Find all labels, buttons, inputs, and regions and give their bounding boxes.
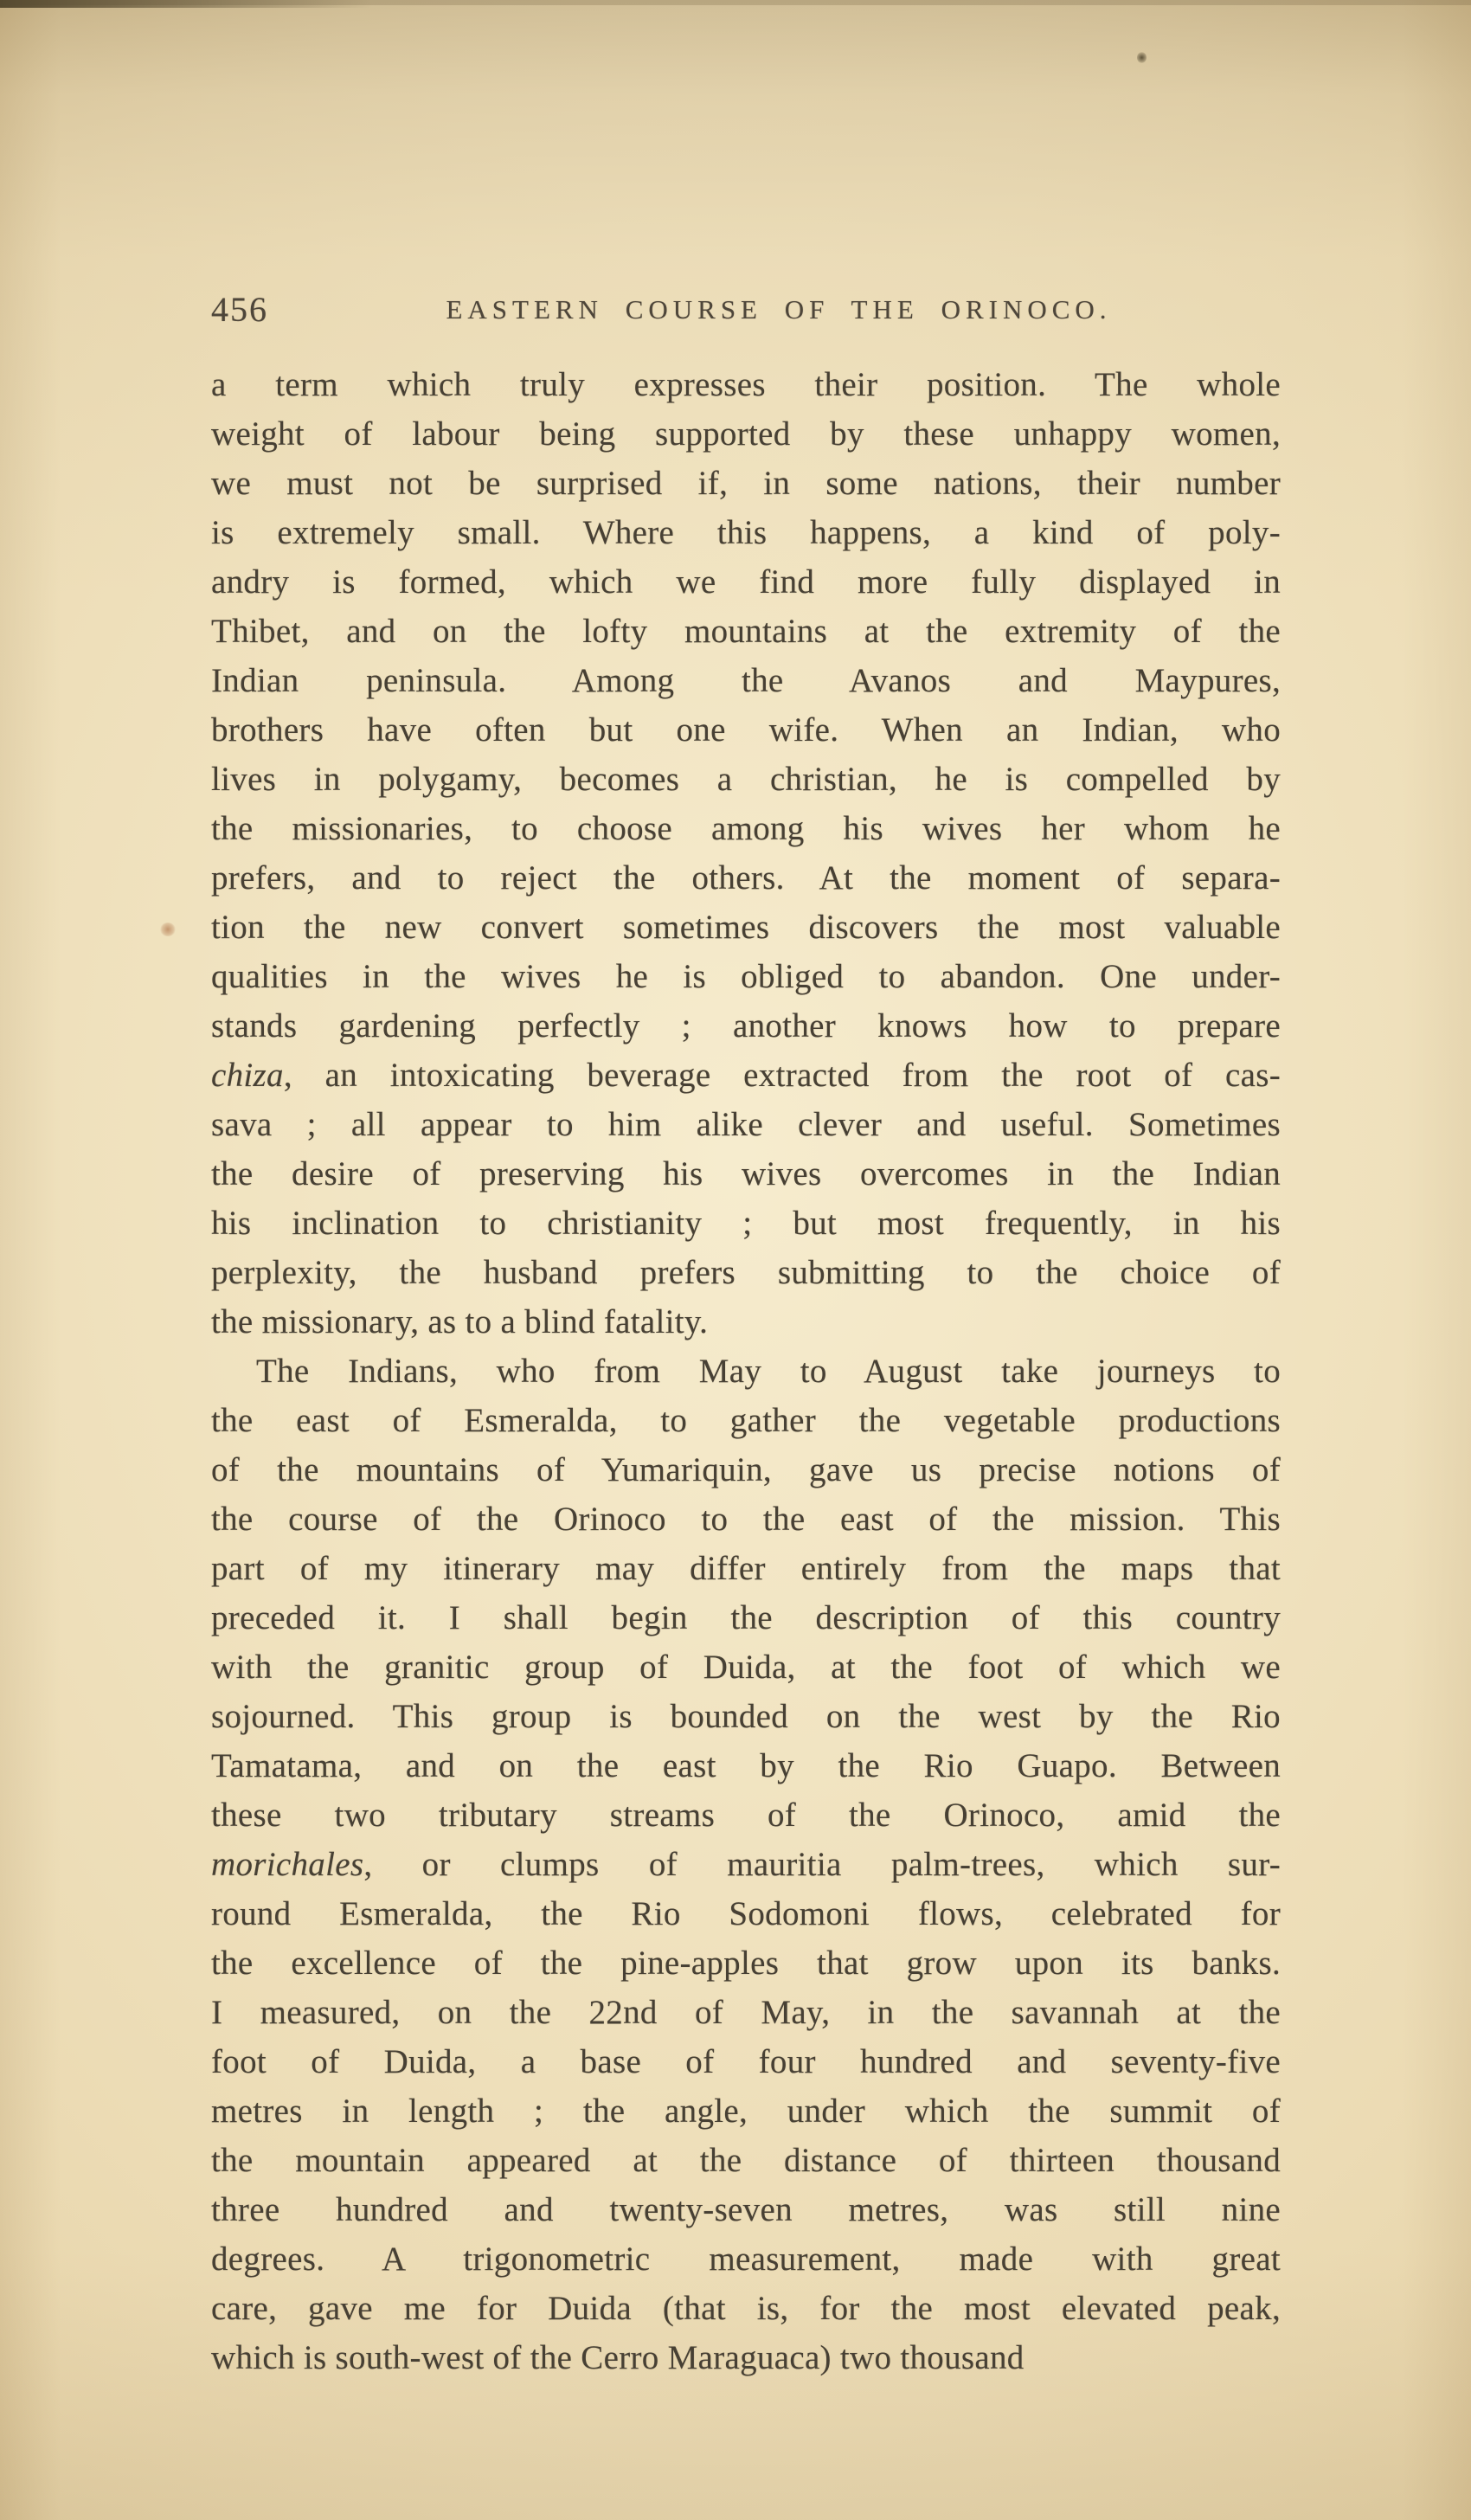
text-segment: weight of labour being supported by thes… bbox=[211, 415, 1281, 453]
text-segment: degrees. A trigonometric measurement, ma… bbox=[211, 2240, 1281, 2278]
text-line: The Indians, who from May to August take… bbox=[211, 1347, 1281, 1396]
text-line: which is south-west of the Cerro Maragua… bbox=[211, 2333, 1281, 2382]
page-header: 456 EASTERN COURSE OF THE ORINOCO. bbox=[211, 286, 1281, 337]
text-segment: , or clumps of mauritia palm-trees, whic… bbox=[363, 1846, 1281, 1883]
text-line: with the granitic group of Duida, at the… bbox=[211, 1642, 1281, 1692]
text-line: Indian peninsula. Among the Avanos and M… bbox=[211, 656, 1281, 705]
text-line: the missionaries, to choose among his wi… bbox=[211, 804, 1281, 853]
text-line: the mountain appeared at the distance of… bbox=[211, 2136, 1281, 2185]
italic-term: chiza bbox=[211, 1057, 284, 1094]
text-line: we must not be surprised if, in some nat… bbox=[211, 459, 1281, 508]
text-line: stands gardening perfectly ; another kno… bbox=[211, 1001, 1281, 1051]
text-segment: brothers have often but one wife. When a… bbox=[211, 711, 1281, 749]
body-text: a term which truly expresses their posit… bbox=[211, 360, 1281, 2382]
text-segment: care, gave me for Duida (that is, for th… bbox=[211, 2290, 1281, 2327]
text-segment: the missionaries, to choose among his wi… bbox=[211, 810, 1281, 847]
text-segment: a term which truly expresses their posit… bbox=[211, 366, 1281, 403]
text-line: morichales, or clumps of mauritia palm-t… bbox=[211, 1840, 1281, 1889]
text-segment: The Indians, who from May to August take… bbox=[256, 1353, 1281, 1390]
text-segment: the desire of preserving his wives overc… bbox=[211, 1155, 1281, 1192]
text-segment: the missionary, as to a blind fatality. bbox=[211, 1303, 708, 1340]
text-segment: prefers, and to reject the others. At th… bbox=[211, 859, 1281, 897]
text-segment: sojourned. This group is bounded on the … bbox=[211, 1698, 1281, 1735]
text-line: weight of labour being supported by thes… bbox=[211, 409, 1281, 459]
text-segment: the mountain appeared at the distance of… bbox=[211, 2142, 1281, 2179]
text-line: part of my itinerary may differ entirely… bbox=[211, 1544, 1281, 1593]
text-line: the missionary, as to a blind fatality. bbox=[211, 1297, 1281, 1347]
foxing-spot bbox=[160, 922, 176, 936]
text-segment: of the mountains of Yumariquin, gave us … bbox=[211, 1451, 1281, 1488]
text-line: these two tributary streams of the Orino… bbox=[211, 1790, 1281, 1840]
text-segment: three hundred and twenty-seven metres, w… bbox=[211, 2191, 1281, 2228]
text-segment: metres in length ; the angle, under whic… bbox=[211, 2092, 1281, 2130]
page-edge-shadow bbox=[0, 0, 372, 8]
text-line: of the mountains of Yumariquin, gave us … bbox=[211, 1445, 1281, 1495]
text-segment: is extremely small. Where this happens, … bbox=[211, 514, 1281, 551]
text-segment: the excellence of the pine-apples that g… bbox=[211, 1945, 1281, 1982]
text-line: care, gave me for Duida (that is, for th… bbox=[211, 2284, 1281, 2333]
text-segment: stands gardening perfectly ; another kno… bbox=[211, 1007, 1281, 1045]
text-line: his inclination to christianity ; but mo… bbox=[211, 1199, 1281, 1248]
text-line: preceded it. I shall begin the descripti… bbox=[211, 1593, 1281, 1642]
text-segment: Tamatama, and on the east by the Rio Gua… bbox=[211, 1747, 1281, 1784]
text-line: lives in polygamy, becomes a christian, … bbox=[211, 755, 1281, 804]
text-segment: , an intoxicating beverage extracted fro… bbox=[284, 1057, 1281, 1094]
italic-term: morichales bbox=[211, 1846, 363, 1883]
text-line: andry is formed, which we find more full… bbox=[211, 557, 1281, 607]
text-line: round Esmeralda, the Rio Sodomoni flows,… bbox=[211, 1889, 1281, 1938]
text-segment: lives in polygamy, becomes a christian, … bbox=[211, 761, 1281, 798]
text-segment: Thibet, and on the lofty mountains at th… bbox=[211, 613, 1281, 650]
text-segment: part of my itinerary may differ entirely… bbox=[211, 1550, 1281, 1587]
text-line: the east of Esmeralda, to gather the veg… bbox=[211, 1396, 1281, 1445]
text-line: perplexity, the husband prefers submitti… bbox=[211, 1248, 1281, 1297]
ink-speck bbox=[1137, 52, 1147, 63]
text-line: I measured, on the 22nd of May, in the s… bbox=[211, 1988, 1281, 2037]
text-segment: qualities in the wives he is obliged to … bbox=[211, 958, 1281, 995]
text-segment: preceded it. I shall begin the descripti… bbox=[211, 1599, 1281, 1636]
text-segment: the east of Esmeralda, to gather the veg… bbox=[211, 1402, 1281, 1439]
text-segment: the course of the Orinoco to the east of… bbox=[211, 1501, 1281, 1538]
text-line: metres in length ; the angle, under whic… bbox=[211, 2086, 1281, 2136]
text-segment: with the granitic group of Duida, at the… bbox=[211, 1649, 1281, 1686]
text-segment: foot of Duida, a base of four hundred an… bbox=[211, 2043, 1281, 2080]
text-segment: andry is formed, which we find more full… bbox=[211, 563, 1281, 601]
text-segment: I measured, on the 22nd of May, in the s… bbox=[211, 1994, 1281, 2031]
text-segment: perplexity, the husband prefers submitti… bbox=[211, 1254, 1281, 1291]
text-line: degrees. A trigonometric measurement, ma… bbox=[211, 2234, 1281, 2284]
text-segment: tion the new convert sometimes discovers… bbox=[211, 909, 1281, 946]
text-line: a term which truly expresses their posit… bbox=[211, 360, 1281, 409]
text-line: tion the new convert sometimes discovers… bbox=[211, 903, 1281, 952]
running-title: EASTERN COURSE OF THE ORINOCO. bbox=[244, 294, 1314, 325]
text-line: sava ; all appear to him alike clever an… bbox=[211, 1100, 1281, 1149]
text-segment: we must not be surprised if, in some nat… bbox=[211, 465, 1281, 502]
text-line: Thibet, and on the lofty mountains at th… bbox=[211, 607, 1281, 656]
text-line: foot of Duida, a base of four hundred an… bbox=[211, 2037, 1281, 2086]
text-segment: his inclination to christianity ; but mo… bbox=[211, 1205, 1281, 1242]
text-segment: which is south-west of the Cerro Maragua… bbox=[211, 2339, 1025, 2376]
text-line: the course of the Orinoco to the east of… bbox=[211, 1495, 1281, 1544]
text-line: is extremely small. Where this happens, … bbox=[211, 508, 1281, 557]
text-line: qualities in the wives he is obliged to … bbox=[211, 952, 1281, 1001]
text-segment: round Esmeralda, the Rio Sodomoni flows,… bbox=[211, 1895, 1281, 1932]
text-line: prefers, and to reject the others. At th… bbox=[211, 853, 1281, 903]
text-line: brothers have often but one wife. When a… bbox=[211, 705, 1281, 755]
text-segment: sava ; all appear to him alike clever an… bbox=[211, 1106, 1281, 1143]
text-segment: these two tributary streams of the Orino… bbox=[211, 1797, 1281, 1834]
text-line: the excellence of the pine-apples that g… bbox=[211, 1938, 1281, 1988]
text-line: three hundred and twenty-seven metres, w… bbox=[211, 2185, 1281, 2234]
text-segment: Indian peninsula. Among the Avanos and M… bbox=[211, 662, 1281, 699]
text-line: the desire of preserving his wives overc… bbox=[211, 1149, 1281, 1199]
book-page: 456 EASTERN COURSE OF THE ORINOCO. a ter… bbox=[0, 0, 1471, 2520]
text-line: chiza, an intoxicating beverage extracte… bbox=[211, 1051, 1281, 1100]
text-line: Tamatama, and on the east by the Rio Gua… bbox=[211, 1741, 1281, 1790]
text-line: sojourned. This group is bounded on the … bbox=[211, 1692, 1281, 1741]
